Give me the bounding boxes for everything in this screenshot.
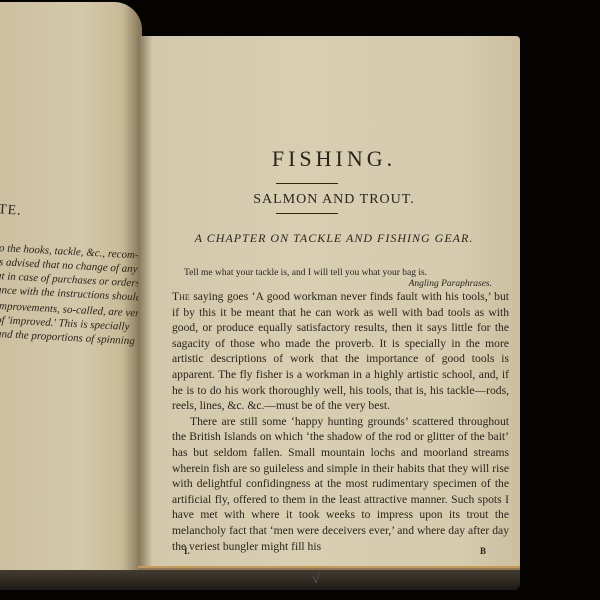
- drop-lead: The: [172, 290, 190, 303]
- left-page-heading: TE.: [0, 202, 22, 220]
- epigraph-quote: Tell me what your tackle is, and I will …: [184, 268, 427, 278]
- page-footer: I. B: [184, 546, 504, 556]
- body-text: The saying goes ‘A good workman never fi…: [172, 289, 509, 554]
- left-page-text: TE. to the hooks, tackle, &c., recom- is…: [0, 2, 142, 570]
- chapter-title: A CHAPTER ON TACKLE AND FISHING GEAR.: [154, 230, 514, 246]
- left-page: TE. to the hooks, tackle, &c., recom- is…: [0, 2, 142, 570]
- page-subtitle: SALMON AND TROUT.: [154, 192, 514, 208]
- book-photo: TE. to the hooks, tackle, &c., recom- is…: [0, 0, 600, 600]
- signature-mark: B: [480, 546, 486, 556]
- right-page-gutter-shadow: [138, 36, 152, 566]
- epigraph: Tell me what your tackle is, and I will …: [184, 268, 504, 290]
- paragraph: The saying goes ‘A good workman never fi…: [172, 289, 509, 414]
- title-rule-top: [276, 183, 338, 184]
- volume-mark: I.: [184, 546, 190, 556]
- right-page: FISHING. SALMON AND TROUT. A CHAPTER ON …: [138, 36, 520, 568]
- title-rule-bottom: [276, 213, 338, 214]
- paragraph: There are still some ‘happy hunting grou…: [172, 414, 509, 554]
- pencil-check-mark: √: [312, 572, 320, 588]
- page-title: FISHING.: [154, 146, 514, 172]
